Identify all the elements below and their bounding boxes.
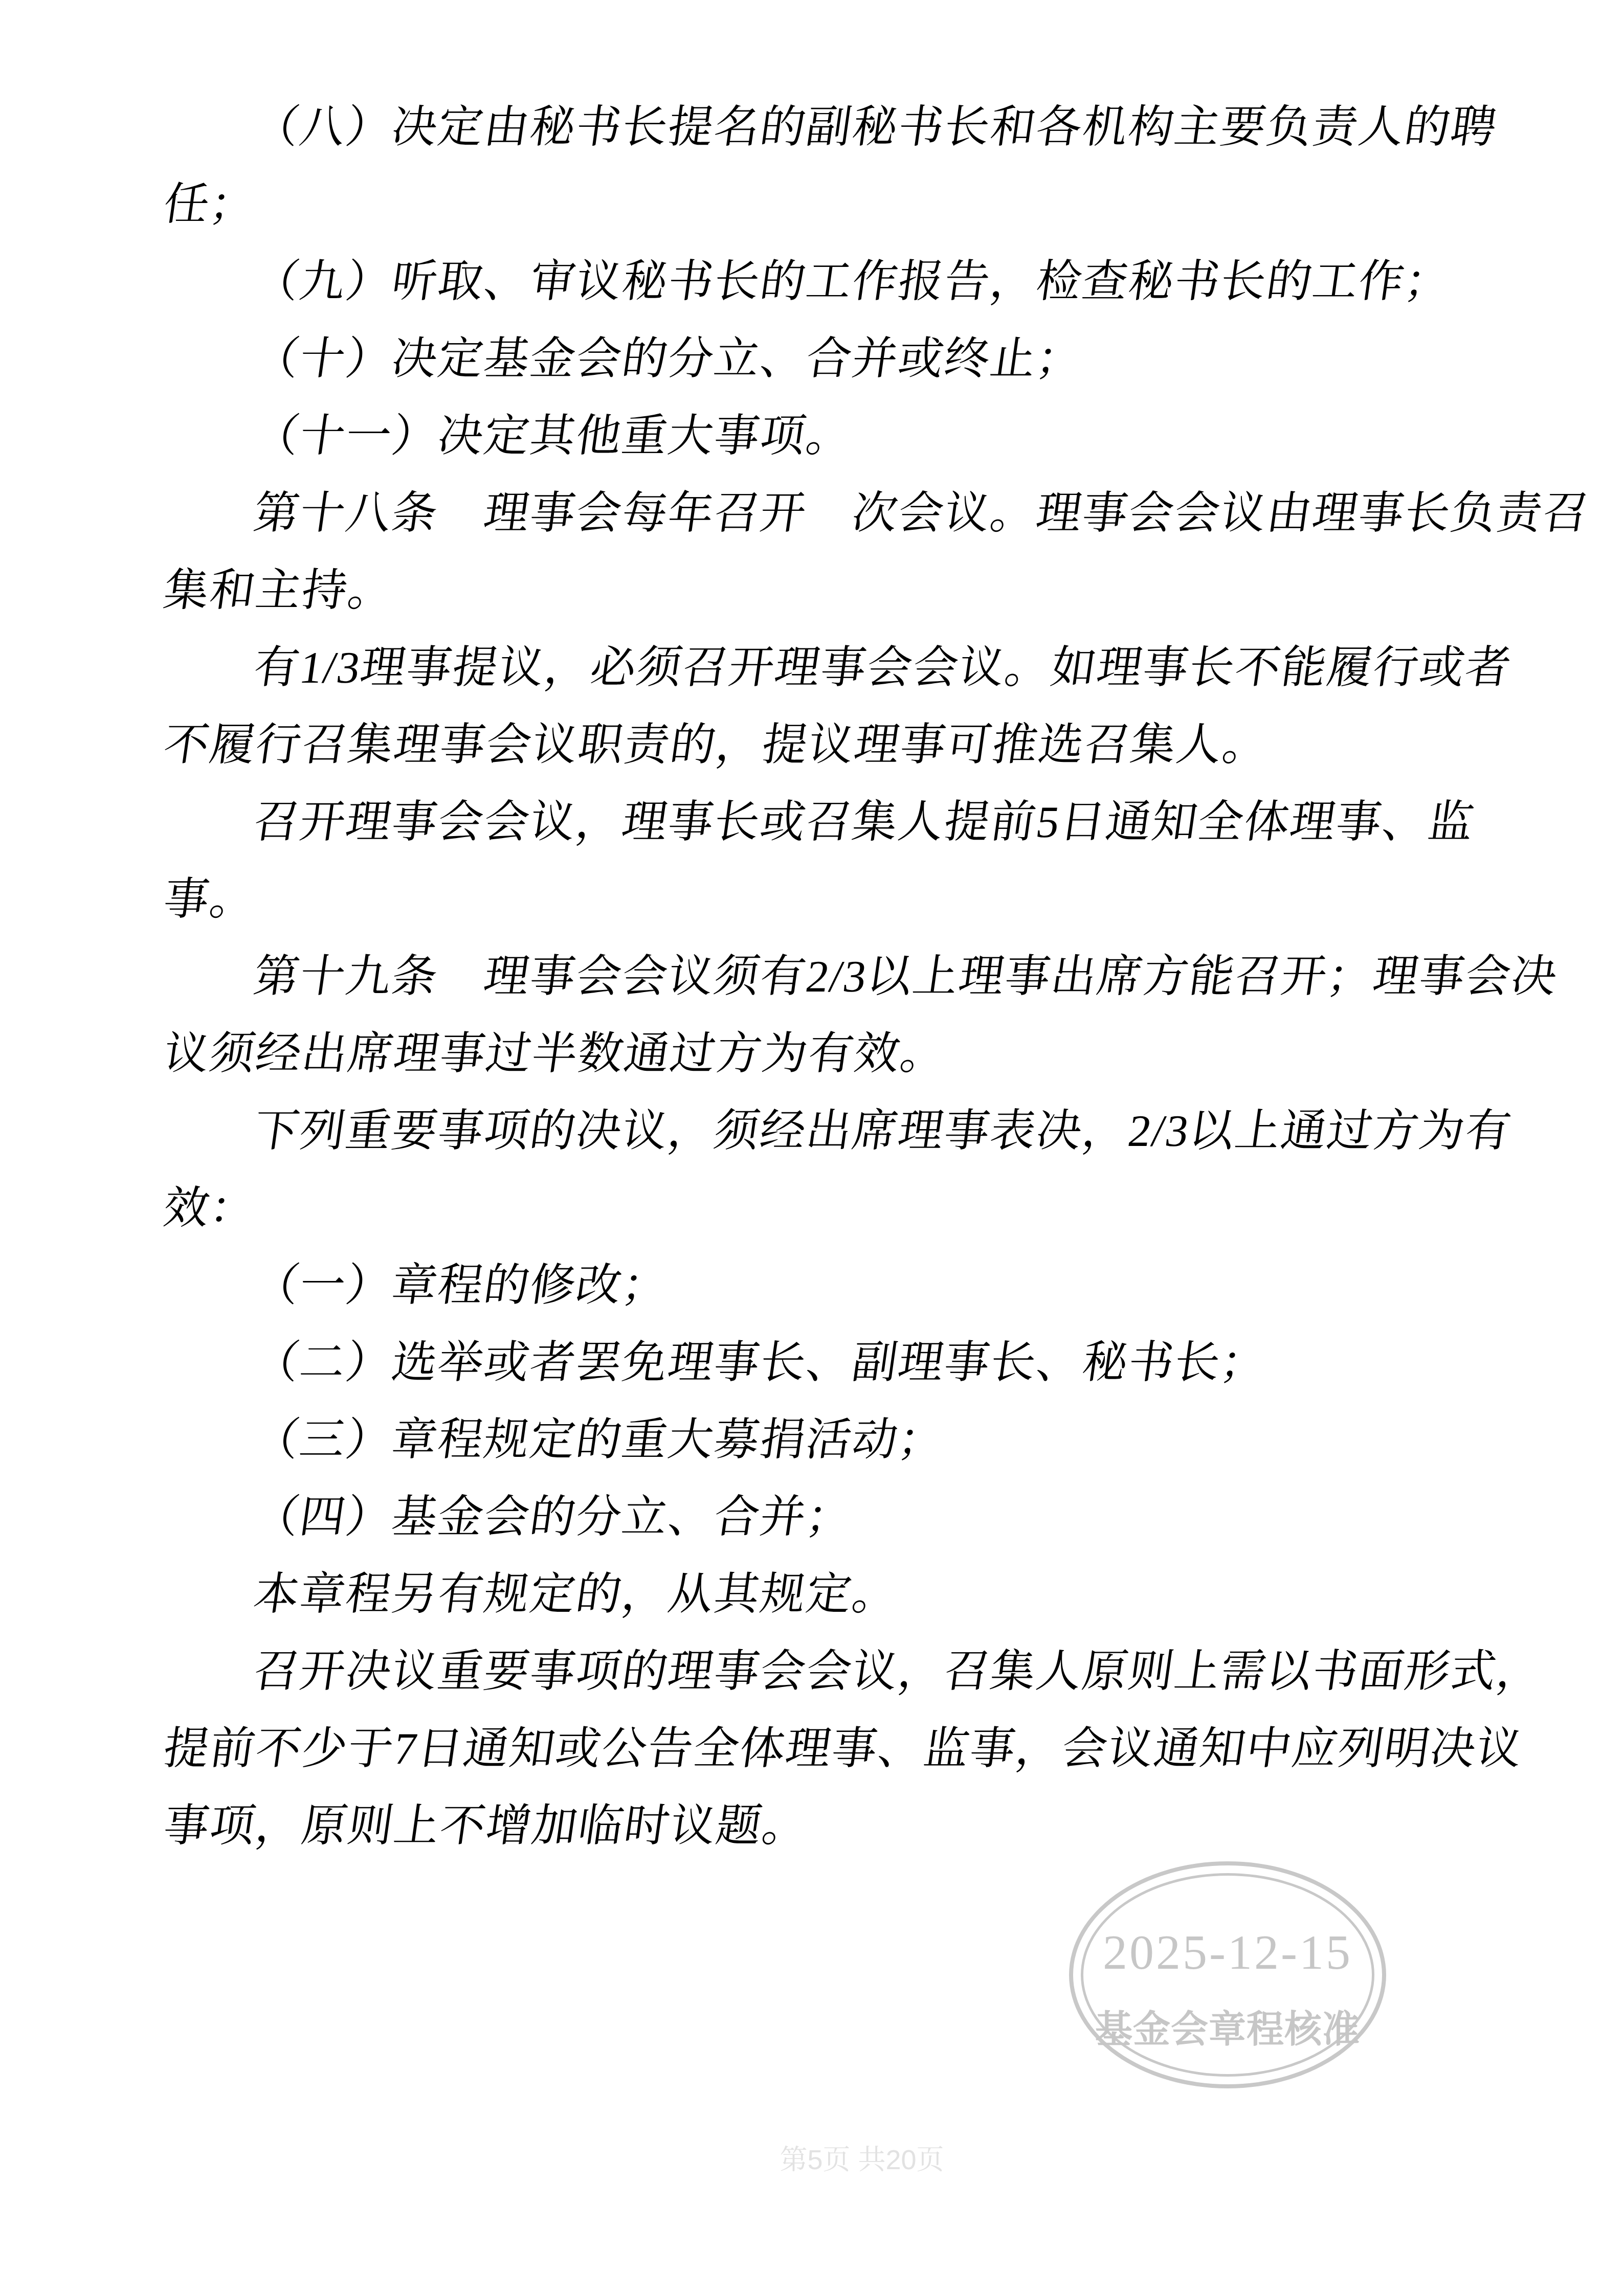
document-line: 集和主持。 <box>159 552 1561 629</box>
page-number-label: 第5页 共20页 <box>780 2145 944 2175</box>
document-line: 召开理事会会议，理事长或召集人提前5日通知全体理事、监 <box>159 784 1561 861</box>
document-page: （八）决定由秘书长提名的副秘书长和各机构主要负责人的聘任；（九）听取、审议秘书长… <box>0 0 1624 2296</box>
document-line: （十）决定基金会的分立、合并或终止； <box>159 321 1561 398</box>
document-line: （三）章程规定的重大募捐活动； <box>159 1402 1561 1479</box>
document-line: （九）听取、审议秘书长的工作报告，检查秘书长的工作； <box>159 243 1561 321</box>
document-line: 召开决议重要事项的理事会会议，召集人原则上需以书面形式， <box>159 1633 1561 1710</box>
document-line: （十一）决定其他重大事项。 <box>159 398 1561 475</box>
document-line: 有1/3理事提议，必须召开理事会会议。如理事长不能履行或者 <box>159 629 1561 707</box>
document-line: 第十九条 理事会会议须有2/3以上理事出席方能召开；理事会决 <box>159 938 1561 1016</box>
document-line: 效： <box>159 1170 1561 1247</box>
document-line: （八）决定由秘书长提名的副秘书长和各机构主要负责人的聘 <box>159 89 1561 166</box>
document-line: 任； <box>159 166 1561 243</box>
document-line: 议须经出席理事过半数通过方为有效。 <box>159 1016 1561 1093</box>
approval-stamp: 2025-12-15 基金会章程核准 <box>1069 1861 1386 2088</box>
document-line: （四）基金会的分立、合并； <box>159 1479 1561 1556</box>
document-line: 提前不少于7日通知或公告全体理事、监事，会议通知中应列明决议 <box>159 1710 1561 1788</box>
stamp-inner-ring <box>1081 1873 1374 2077</box>
stamp-label: 基金会章程核准 <box>1069 2011 1386 2048</box>
document-line: （二）选举或者罢免理事长、副理事长、秘书长； <box>159 1324 1561 1402</box>
document-line: （一）章程的修改； <box>159 1247 1561 1324</box>
stamp-outer-ring <box>1069 1861 1386 2088</box>
document-line: 本章程另有规定的，从其规定。 <box>159 1556 1561 1633</box>
document-line: 第十八条 理事会每年召开 次会议。理事会会议由理事长负责召 <box>159 475 1561 552</box>
document-line: 不履行召集理事会议职责的，提议理事可推选召集人。 <box>159 707 1561 784</box>
document-line: 下列重要事项的决议，须经出席理事表决，2/3以上通过方为有 <box>159 1093 1561 1170</box>
document-body: （八）决定由秘书长提名的副秘书长和各机构主要负责人的聘任；（九）听取、审议秘书长… <box>159 89 1550 1865</box>
page-footer: 第5页 共20页 <box>159 2144 1565 2177</box>
document-line: 事。 <box>159 861 1561 938</box>
stamp-date: 2025-12-15 <box>1069 1928 1386 1977</box>
document-line: 事项，原则上不增加临时议题。 <box>159 1788 1561 1865</box>
